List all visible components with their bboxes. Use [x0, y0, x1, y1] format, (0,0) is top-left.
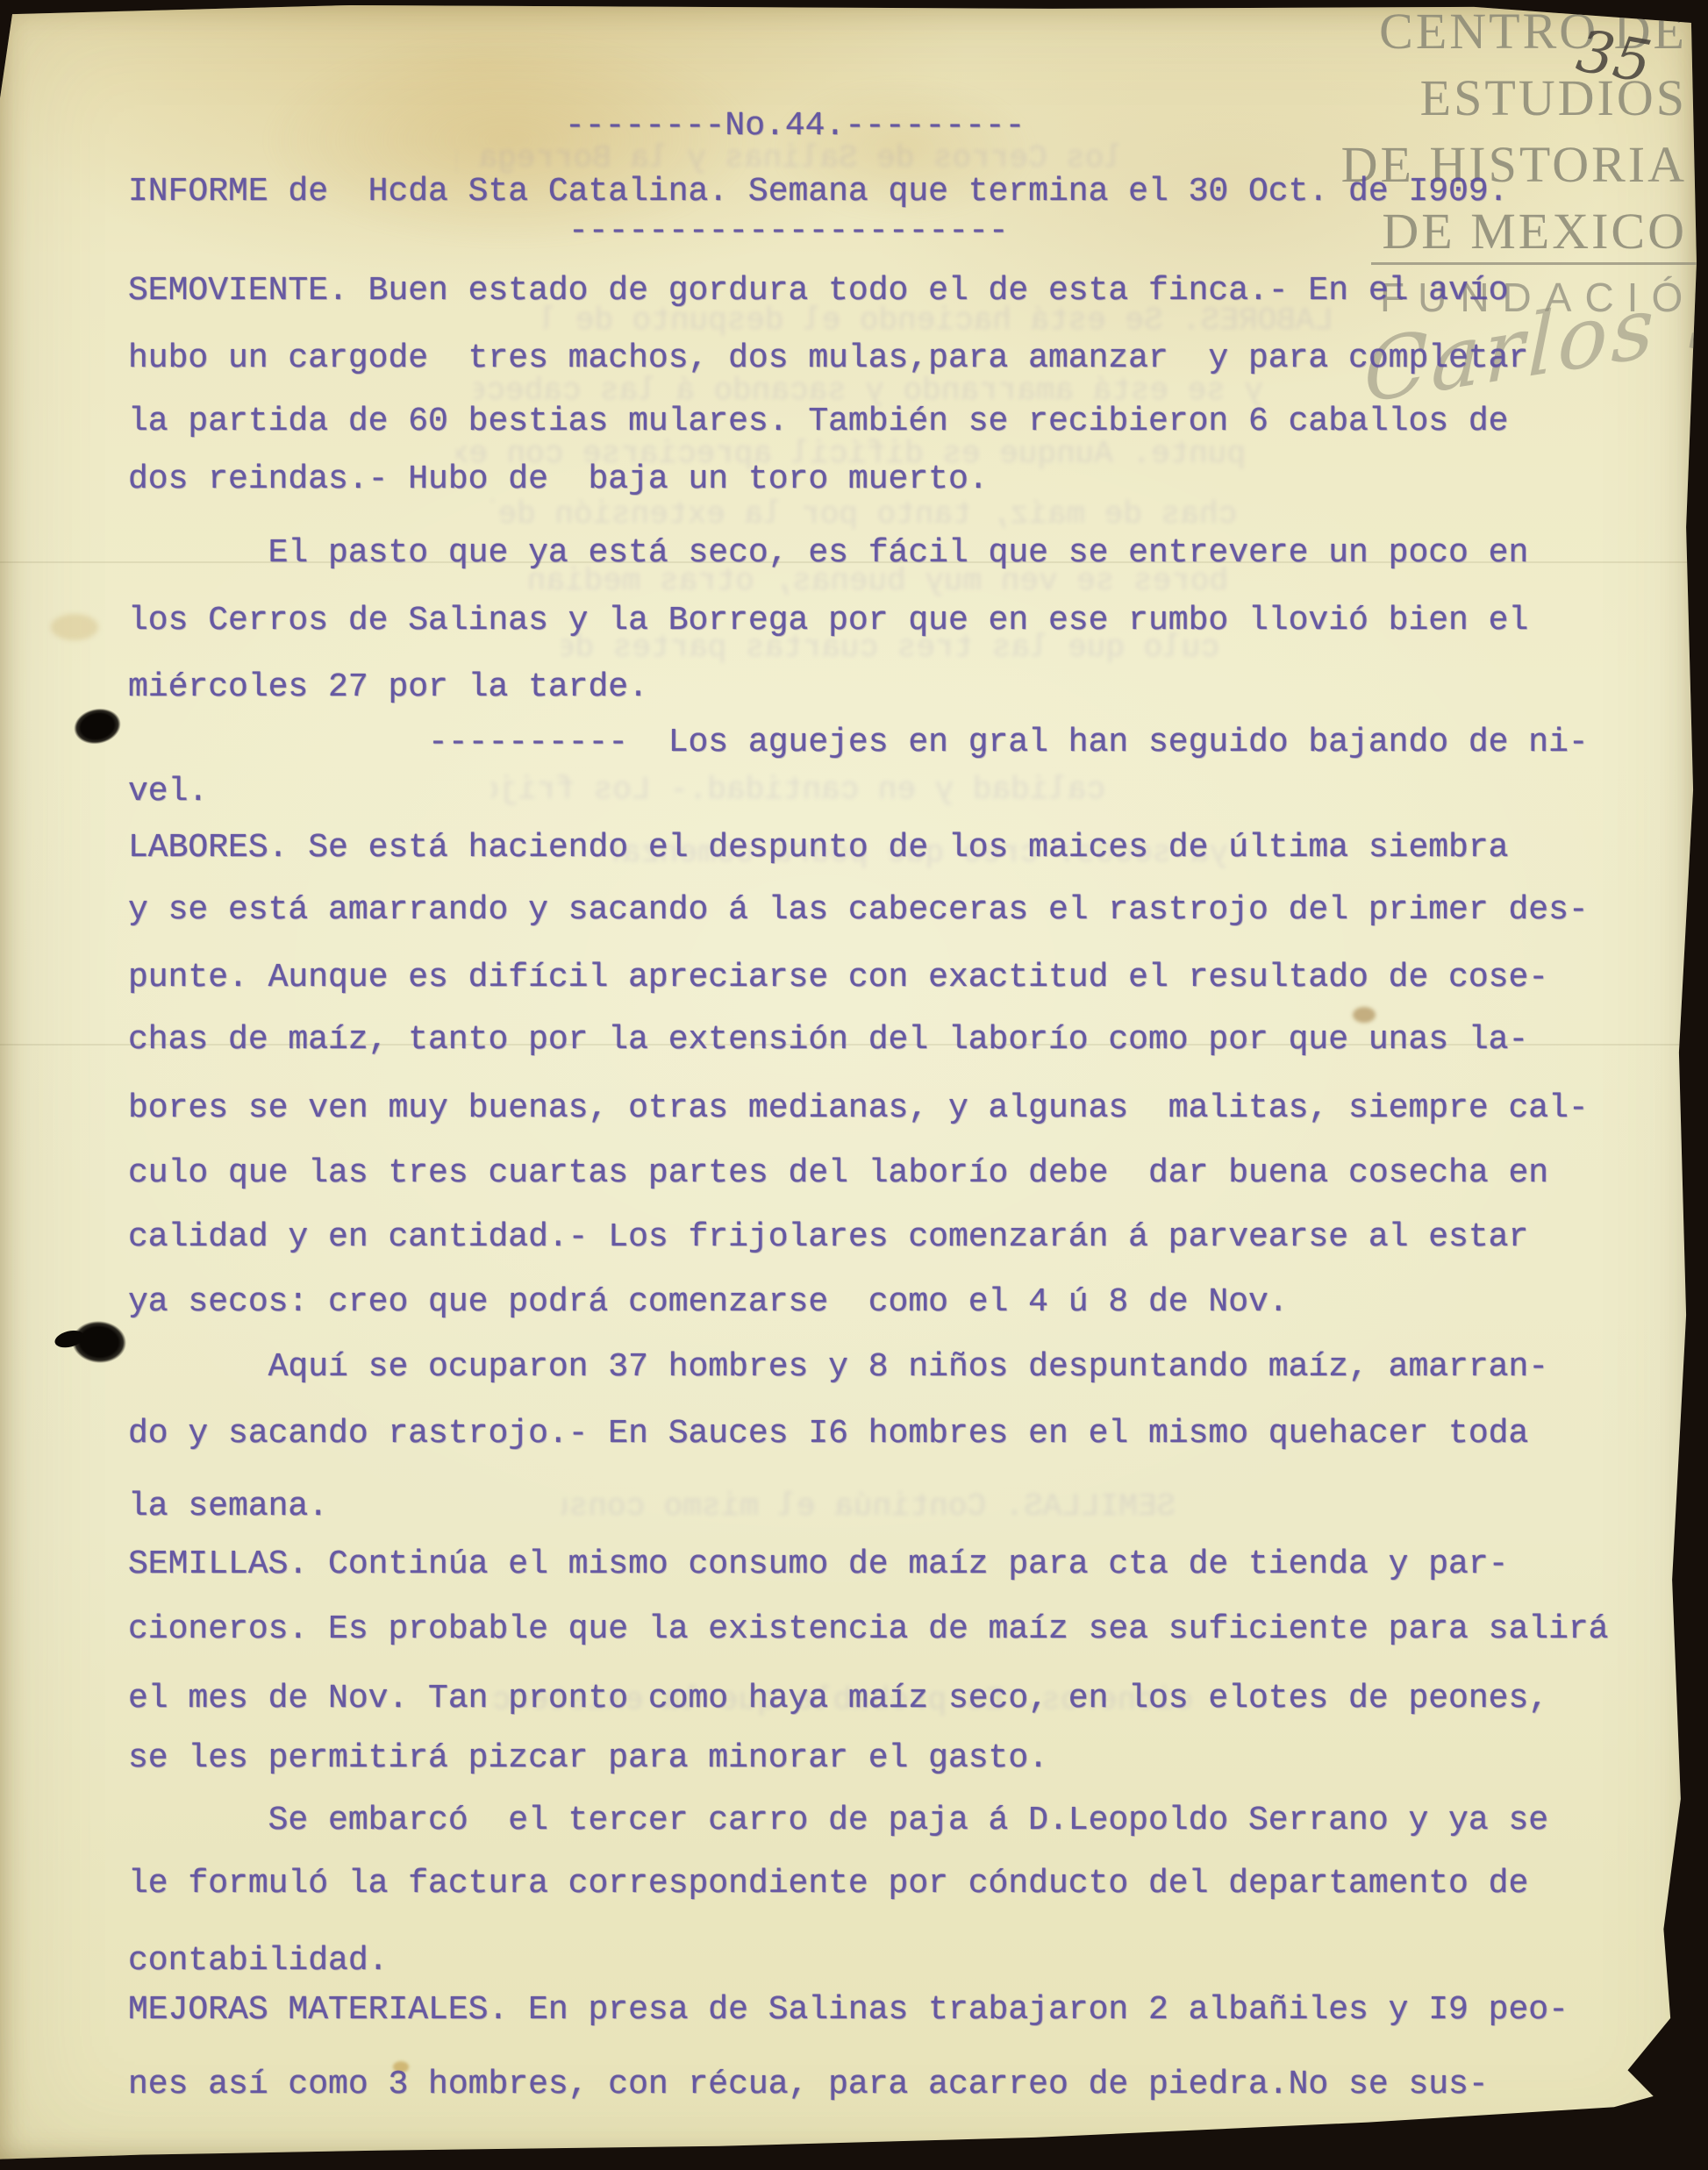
watermark-divider-line — [1371, 262, 1708, 265]
typed-line: ---------- Los aguejes en gral han segui… — [128, 722, 1589, 764]
heading-underline: ---------------------- — [568, 211, 1009, 253]
typed-line: El pasto que ya está seco, es fácil que … — [128, 532, 1528, 575]
typed-line: dos reindas.- Hubo de baja un toro muert… — [128, 459, 989, 501]
ghost-text: chas de maíz, tanto por la extensión del… — [491, 496, 1237, 532]
typed-line: se les permitirá pizcar para minorar el … — [128, 1738, 1048, 1780]
typed-line: MEJORAS MATERIALES. En presa de Salinas … — [128, 1989, 1569, 2031]
report-heading: INFORME de Hcda Sta Catalina. Semana que… — [128, 171, 1508, 213]
watermark-signature: Carlos Slim — [1363, 239, 1708, 423]
typed-line: Se embarcó el tercer carro de paja á D.L… — [128, 1800, 1548, 1842]
typed-line: do y sacando rastrojo.- En Sauces I6 hom… — [128, 1413, 1528, 1455]
paper-sheet: CENTRO DE ESTUDIOS DE HISTORIA DE MEXICO… — [0, 0, 1708, 2170]
punch-hole-top — [70, 704, 124, 748]
paper-stain — [51, 614, 98, 640]
typed-line: nes así como 3 hombres, con récua, para … — [128, 2064, 1489, 2106]
typed-line: chas de maíz, tanto por la extensión del… — [128, 1019, 1528, 1061]
document-scan-page: CENTRO DE ESTUDIOS DE HISTORIA DE MEXICO… — [0, 0, 1708, 2170]
typed-line: ya secos: creo que podrá comenzarse como… — [128, 1281, 1289, 1324]
typed-line: vel. — [128, 771, 208, 813]
typed-line: bores se ven muy buenas, otras medianas,… — [128, 1088, 1589, 1130]
typed-line: punte. Aunque es difícil apreciarse con … — [128, 957, 1548, 999]
typed-line: la partida de 60 bestias mulares. Tambié… — [128, 401, 1508, 443]
typed-line: LABORES. Se está haciendo el despunto de… — [128, 827, 1508, 869]
typed-line: SEMOVIENTE. Buen estado de gordura todo … — [128, 270, 1508, 312]
ghost-text: calidad y en cantidad.- Los frijolares c… — [491, 772, 1105, 808]
ghost-text: SEMILLAS. Continúa el mismo consumo de m… — [561, 1488, 1176, 1524]
typed-line: y se está amarrando y sacando á las cabe… — [128, 889, 1589, 932]
typed-line: cioneros. Es probable que la existencia … — [128, 1609, 1608, 1651]
typed-line: Aquí se ocuparon 37 hombres y 8 niños de… — [128, 1346, 1548, 1388]
typed-line: hubo un cargode tres machos, dos mulas,p… — [128, 338, 1528, 380]
typed-line: los Cerros de Salinas y la Borrega por q… — [128, 600, 1528, 642]
typed-line: el mes de Nov. Tan pronto como haya maíz… — [128, 1678, 1548, 1720]
typed-line: culo que las tres cuartas partes del lab… — [128, 1153, 1548, 1195]
report-number-line: --------No.44.--------- — [565, 105, 1026, 147]
typed-line: miércoles 27 por la tarde. — [128, 667, 648, 709]
typed-line: contabilidad. — [128, 1940, 388, 1982]
typed-line: la semana. — [128, 1486, 328, 1528]
typed-line: calidad y en cantidad.- Los frijolares c… — [128, 1217, 1528, 1259]
handwritten-page-number: 35 — [1572, 17, 1656, 96]
typed-line: SEMILLAS. Continúa el mismo consumo de m… — [128, 1544, 1508, 1586]
punch-hole-bottom — [70, 1319, 127, 1365]
typed-line: le formuló la factura correspondiente po… — [128, 1863, 1528, 1905]
